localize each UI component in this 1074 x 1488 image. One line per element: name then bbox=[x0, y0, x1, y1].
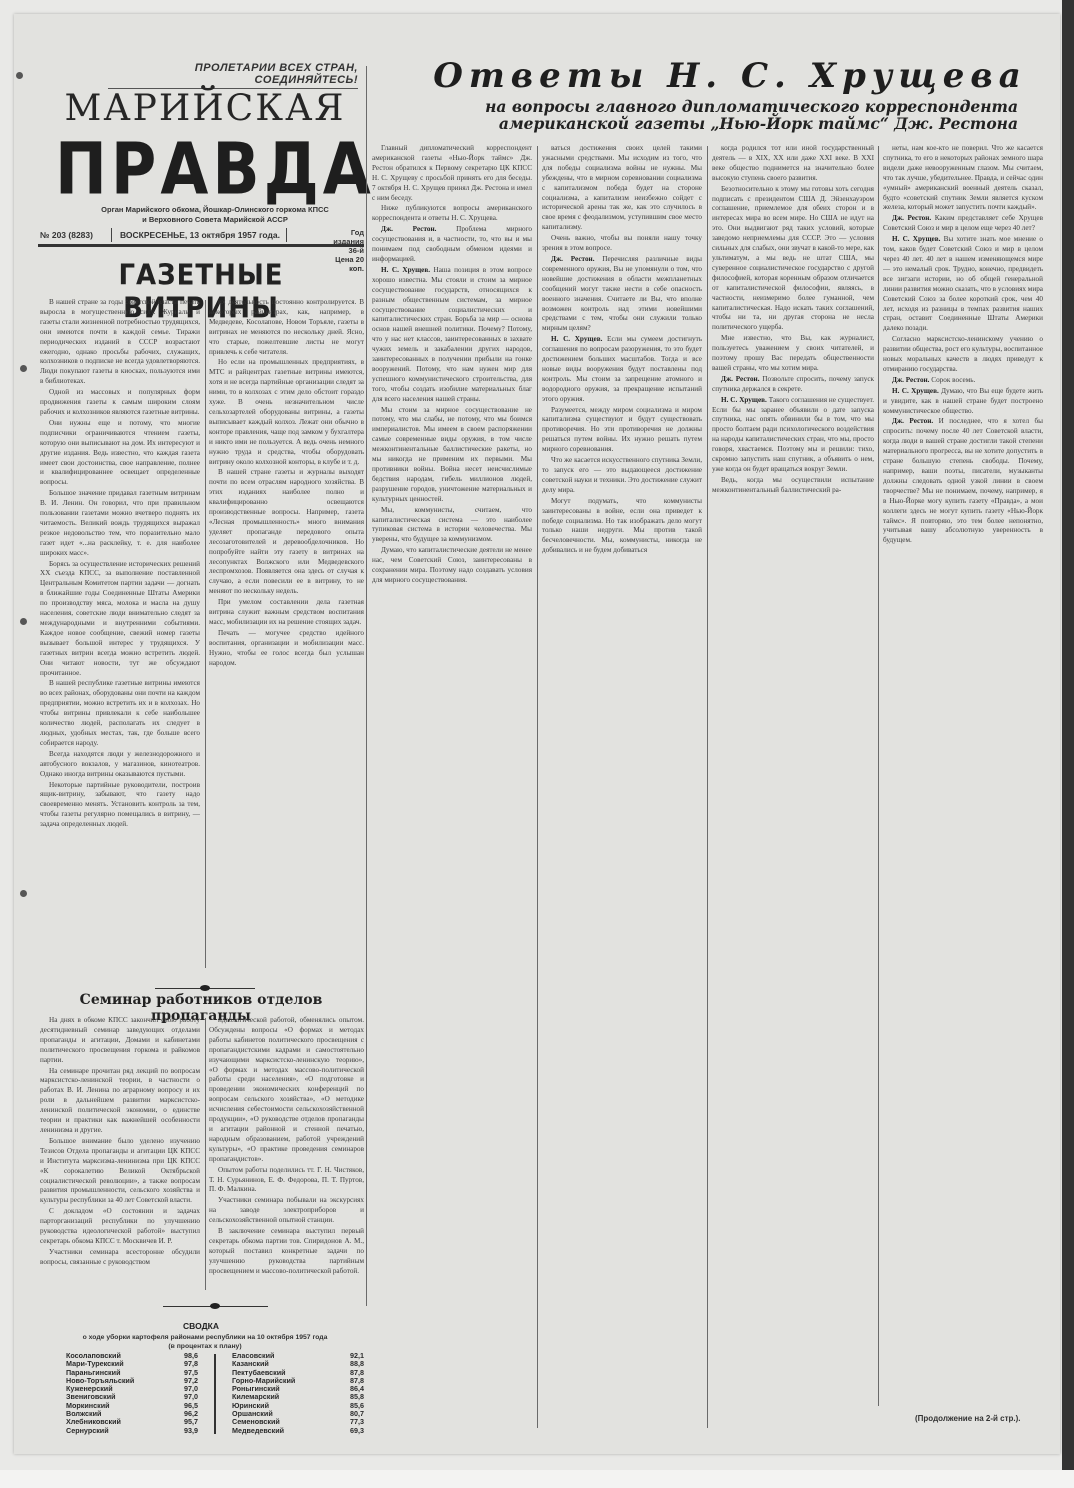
svodka-divider bbox=[214, 1354, 216, 1434]
paragraph: Дж. Рестон. Сорок восемь. bbox=[883, 376, 1043, 386]
paragraph: Большое значение придавал газетным витри… bbox=[40, 489, 200, 558]
paragraph: Очень важно, чтобы вы поняли нашу точку … bbox=[542, 234, 702, 254]
ink-smudge bbox=[16, 72, 23, 79]
column-rule bbox=[205, 1018, 206, 1290]
paragraph: идеологической работой, обменялись опыто… bbox=[209, 1016, 364, 1165]
article-khrushchev-column-4: неты, нам кое-кто не поверил. Что же кас… bbox=[883, 144, 1043, 1406]
speaker-name: Н. С. Хрущев. bbox=[551, 335, 602, 343]
ornament-divider-dot bbox=[210, 1303, 220, 1309]
speaker-name: Дж. Рестон. bbox=[892, 417, 933, 425]
svodka-subtitle-line1: о ходе уборки картофеля районами республ… bbox=[50, 1333, 360, 1342]
separator bbox=[111, 228, 112, 242]
issue-info-bar: № 203 (8283) ВОСКРЕСЕНЬЕ, 13 октября 195… bbox=[38, 228, 364, 247]
column-rule bbox=[537, 146, 538, 1428]
district-name: Медведевский bbox=[232, 1427, 284, 1435]
paragraph: При умелом составлении дела газетная вит… bbox=[209, 598, 364, 628]
paragraph: Что же касается искусственного спутника … bbox=[542, 456, 702, 496]
masthead-title-line2: ПРАВДА bbox=[55, 127, 355, 211]
paragraph: На семинаре прочитан ряд лекций по вопро… bbox=[40, 1067, 200, 1136]
paragraph: Мы стоим за мирное сосуществование не по… bbox=[372, 406, 532, 505]
paragraph: На днях в обкоме КПСС закончил свою рабо… bbox=[40, 1016, 200, 1066]
paragraph: неты, нам кое-кто не поверил. Что же кас… bbox=[883, 144, 1043, 213]
paragraph: Мне известно, что Вы, как журналист, пол… bbox=[712, 334, 874, 374]
article-khrushchev-column-3: когда родился тот или иной государственн… bbox=[712, 144, 874, 1430]
paragraph: Н. С. Хрущев. Наша позиция в этом вопрос… bbox=[372, 266, 532, 405]
speaker-name: Дж. Рестон. bbox=[892, 376, 929, 384]
paragraph: Н. С. Хрущев. Если мы сумеем достигнуть … bbox=[542, 335, 702, 404]
paragraph: Дж. Рестон. Позвольте спросить, почему з… bbox=[712, 375, 874, 395]
paragraph: ваться достижения своих целей такими ужа… bbox=[542, 144, 702, 233]
svodka-subtitle: о ходе уборки картофеля районами республ… bbox=[50, 1333, 360, 1351]
svodka-subtitle-line2: (в процентах к плану) bbox=[50, 1342, 360, 1351]
ink-smudge bbox=[20, 618, 27, 625]
paragraph: Разумеется, между миром социализма и мир… bbox=[542, 406, 702, 456]
paragraph: Опытом работы поделились тт. Г. Н. Чистя… bbox=[209, 1166, 364, 1196]
column-rule bbox=[205, 300, 206, 968]
paragraph: Согласно марксистско-ленинскому учению о… bbox=[883, 335, 1043, 375]
ink-smudge bbox=[20, 890, 27, 897]
paragraph: Мы, коммунисты, считаем, что капиталисти… bbox=[372, 506, 532, 546]
speaker-name: Н. С. Хрущев. bbox=[892, 235, 940, 243]
paragraph: Дж. Рестон. И последнее, что я хотел бы … bbox=[883, 417, 1043, 546]
column-rule bbox=[366, 66, 367, 1306]
paragraph: Н. С. Хрущев. Вы хотите знать мое мнение… bbox=[883, 235, 1043, 334]
paragraph: когда родился тот или иной государственн… bbox=[712, 144, 874, 184]
speaker-name: Дж. Рестон. bbox=[381, 225, 436, 233]
district-percent: 69,3 bbox=[350, 1427, 364, 1435]
speaker-name: Дж. Рестон. bbox=[892, 214, 931, 222]
paragraph: В нашей республике газетные витрины имею… bbox=[40, 679, 200, 748]
paragraph: Ведь, когда мы осуществили испытание меж… bbox=[712, 476, 874, 496]
continued-on-page-2: (Продолжение на 2-й стр.). bbox=[915, 1414, 1021, 1423]
paragraph: Главный дипломатический корреспондент ам… bbox=[372, 144, 532, 203]
paragraph: Большое внимание было уделено изучению Т… bbox=[40, 1137, 200, 1206]
paragraph: Думаю, что капиталистические деятели не … bbox=[372, 546, 532, 586]
district-name: Сернурский bbox=[66, 1427, 109, 1435]
paragraph: Борясь за осуществление исторических реш… bbox=[40, 560, 200, 679]
headline-khrushchev: Ответы Н. С. Хрущева bbox=[430, 56, 1030, 96]
masthead-title-line1: МАРИЙСКАЯ bbox=[55, 88, 355, 129]
organ-line2: и Верховного Совета Марийской АССР bbox=[100, 215, 330, 225]
paragraph: Всегда находятся люди у железнодорожного… bbox=[40, 750, 200, 780]
paragraph: Печать — могучее средство идейного воспи… bbox=[209, 629, 364, 669]
issue-date: ВОСКРЕСЕНЬЕ, 13 октября 1957 года. bbox=[120, 230, 280, 240]
subheadline-khrushchev: на вопросы главного дипломатического кор… bbox=[418, 98, 1018, 132]
article-vitriny-column-1: В нашей стране за годы советской власти … bbox=[40, 298, 200, 970]
paragraph: Н. С. Хрущев. Думаю, что Вы еще будете ж… bbox=[883, 387, 1043, 417]
paragraph: Одной из массовых и популярных форм прод… bbox=[40, 388, 200, 418]
article-khrushchev-column-1: Главный дипломатический корреспондент ам… bbox=[372, 144, 532, 1430]
ink-smudge bbox=[20, 365, 27, 372]
paragraph: Они нужны еще и потому, что многие подпи… bbox=[40, 419, 200, 488]
speaker-name: Дж. Рестон. bbox=[551, 255, 595, 263]
paragraph: В заключение семинара выступил первый се… bbox=[209, 1227, 364, 1277]
svodka-row: Сернурский93,9 bbox=[66, 1427, 198, 1435]
column-rule bbox=[878, 146, 879, 1406]
paragraph: Дж. Рестон. Каким представляет себе Хрущ… bbox=[883, 214, 1043, 234]
organ-line1: Орган Марийского обкома, Йошкар-Олинског… bbox=[100, 205, 330, 215]
svodka-title: СВОДКА bbox=[38, 1321, 364, 1331]
district-percent: 93,9 bbox=[184, 1427, 198, 1435]
article-seminar-column-2: идеологической работой, обменялись опыто… bbox=[209, 1016, 364, 1296]
article-seminar-column-1: На днях в обкоме КПСС закончил свою рабо… bbox=[40, 1016, 200, 1296]
svodka-table-right: Еласовский92,1Казанский88,8Пектубаевский… bbox=[232, 1352, 364, 1435]
publication-year: Год издания 36-й bbox=[331, 228, 364, 255]
paragraph: Некоторые партийные руководители, постро… bbox=[40, 781, 200, 831]
paragraph: Участники семинара всесторонне обсудили … bbox=[40, 1248, 200, 1268]
speaker-name: Н. С. Хрущев. bbox=[892, 387, 939, 395]
paragraph: С докладом «О состоянии и задачах партор… bbox=[40, 1207, 200, 1247]
masthead-slogan: ПРОЛЕТАРИИ ВСЕХ СТРАН, СОЕДИНЯЙТЕСЬ! bbox=[108, 62, 358, 89]
ornament-divider-dot bbox=[200, 985, 210, 991]
paragraph: их деятельность постоянно контролируется… bbox=[209, 298, 364, 357]
paragraph: Безотносительно к этому мы готовы хоть с… bbox=[712, 185, 874, 334]
paragraph: Ниже публикуются вопросы американского к… bbox=[372, 204, 532, 224]
column-rule bbox=[707, 146, 708, 1428]
paragraph: Дж. Рестон. Проблема мирного сосуществов… bbox=[372, 225, 532, 265]
article-khrushchev-column-2: ваться достижения своих целей такими ужа… bbox=[542, 144, 702, 1430]
masthead-organ: Орган Марийского обкома, Йошкар-Олинског… bbox=[100, 205, 330, 225]
paragraph: Могут подумать, что коммунисты заинтерес… bbox=[542, 497, 702, 556]
speaker-name: Н. С. Хрущев. bbox=[381, 266, 430, 274]
paragraph: Н. С. Хрущев. Такого соглашения не сущес… bbox=[712, 396, 874, 475]
paragraph: Но если на промышленных предприятиях, в … bbox=[209, 358, 364, 467]
paragraph: Дж. Рестон. Перечисляя различные виды со… bbox=[542, 255, 702, 334]
speaker-name: Н. С. Хрущев. bbox=[721, 396, 767, 404]
paragraph: Участники семинара побывали на экскурсия… bbox=[209, 1196, 364, 1226]
svodka-table-left: Косолаповский98,6Мари-Турекский97,8Паран… bbox=[66, 1352, 198, 1435]
subheadline-line1: на вопросы главного дипломатического кор… bbox=[418, 98, 1018, 115]
issue-number: № 203 (8283) bbox=[40, 230, 93, 240]
paragraph: В нашей стране за годы советской власти … bbox=[40, 298, 200, 387]
svodka-row: Медведевский69,3 bbox=[232, 1427, 364, 1435]
speaker-name: Дж. Рестон. bbox=[721, 375, 760, 383]
article-vitriny-column-2: их деятельность постоянно контролируется… bbox=[209, 298, 364, 970]
scanner-edge bbox=[1062, 0, 1074, 1470]
page-bottom-margin bbox=[0, 1470, 1074, 1488]
separator bbox=[286, 228, 287, 242]
subheadline-line2: американской газеты „Нью-Йорк таймс“ Дж.… bbox=[418, 115, 1018, 132]
paragraph: В нашей стране газеты и журналы выходят … bbox=[209, 468, 364, 597]
